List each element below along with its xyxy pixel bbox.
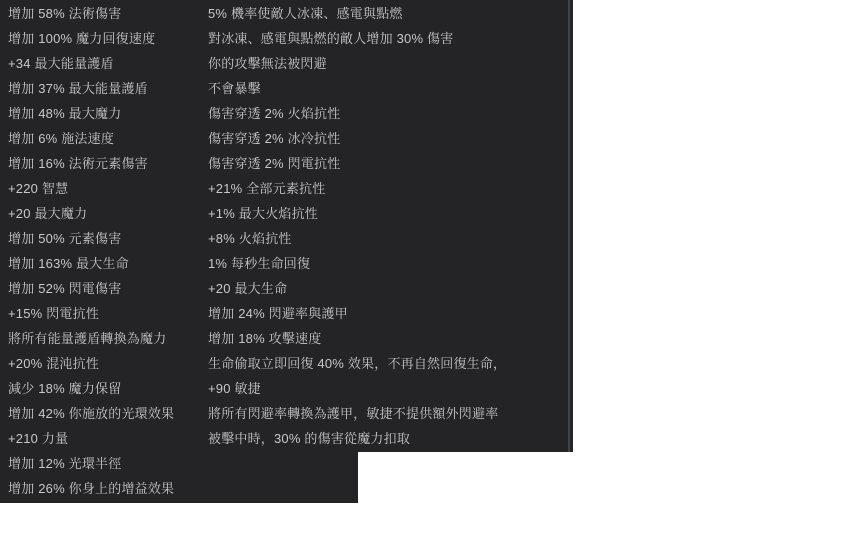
game-stats-screen: 增加 58% 法術傷害增加 100% 魔力回復速度+34 最大能量護盾增加 37… xyxy=(0,0,864,540)
stat-line: 增加 6% 施法速度 xyxy=(8,126,174,151)
stat-line: +20 最大生命 xyxy=(208,276,506,301)
stat-line: +1% 最大火焰抗性 xyxy=(208,201,506,226)
stat-line: +34 最大能量護盾 xyxy=(8,51,174,76)
stat-line: 增加 100% 魔力回復速度 xyxy=(8,26,174,51)
stat-line: 增加 52% 閃電傷害 xyxy=(8,276,174,301)
stat-line: +21% 全部元素抗性 xyxy=(208,176,506,201)
stat-line: 減少 18% 魔力保留 xyxy=(8,376,174,401)
stat-line: 你的攻擊無法被閃避 xyxy=(208,51,506,76)
stat-line: 增加 16% 法術元素傷害 xyxy=(8,151,174,176)
stat-line: 增加 26% 你身上的增益效果 xyxy=(8,476,174,501)
stat-line: 1% 每秒生命回復 xyxy=(208,251,506,276)
stat-line: 傷害穿透 2% 火焰抗性 xyxy=(208,101,506,126)
stat-line: +90 敏捷 xyxy=(208,376,506,401)
stat-line: +210 力量 xyxy=(8,426,174,451)
scrollbar-track[interactable] xyxy=(568,0,570,452)
stat-line: 增加 58% 法術傷害 xyxy=(8,1,174,26)
stat-line: 增加 163% 最大生命 xyxy=(8,251,174,276)
stat-line: 增加 48% 最大魔力 xyxy=(8,101,174,126)
stat-line: 將所有閃避率轉換為護甲，敏捷不提供額外閃避率 xyxy=(208,401,506,426)
stat-line: 將所有能量護盾轉換為魔力 xyxy=(8,326,174,351)
stat-line: 增加 50% 元素傷害 xyxy=(8,226,174,251)
stat-line: 5% 機率使敵人冰凍、感電與點燃 xyxy=(208,1,506,26)
stat-line: +15% 閃電抗性 xyxy=(8,301,174,326)
stat-line: +20% 混沌抗性 xyxy=(8,351,174,376)
stat-line: +20 最大魔力 xyxy=(8,201,174,226)
stat-line: 生命偷取立即回復 40% 效果，不再自然回復生命， xyxy=(208,351,506,376)
stat-list-right: 5% 機率使敵人冰凍、感電與點燃對冰凍、感電與點燃的敵人增加 30% 傷害你的攻… xyxy=(208,1,506,451)
stat-line: +220 智慧 xyxy=(8,176,174,201)
stat-line: 不會暴擊 xyxy=(208,76,506,101)
stat-line: 被擊中時，30% 的傷害從魔力扣取 xyxy=(208,426,506,451)
stat-line: 增加 24% 閃避率與護甲 xyxy=(208,301,506,326)
stat-line: 增加 12% 光環半徑 xyxy=(8,451,174,476)
stat-list-left: 增加 58% 法術傷害增加 100% 魔力回復速度+34 最大能量護盾增加 37… xyxy=(8,1,174,501)
stat-line: 傷害穿透 2% 冰冷抗性 xyxy=(208,126,506,151)
stat-line: 增加 42% 你施放的光環效果 xyxy=(8,401,174,426)
stat-line: 對冰凍、感電與點燃的敵人增加 30% 傷害 xyxy=(208,26,506,51)
stat-line: 增加 18% 攻擊速度 xyxy=(208,326,506,351)
stat-line: 增加 37% 最大能量護盾 xyxy=(8,76,174,101)
stat-line: 傷害穿透 2% 閃電抗性 xyxy=(208,151,506,176)
stat-line: +8% 火焰抗性 xyxy=(208,226,506,251)
